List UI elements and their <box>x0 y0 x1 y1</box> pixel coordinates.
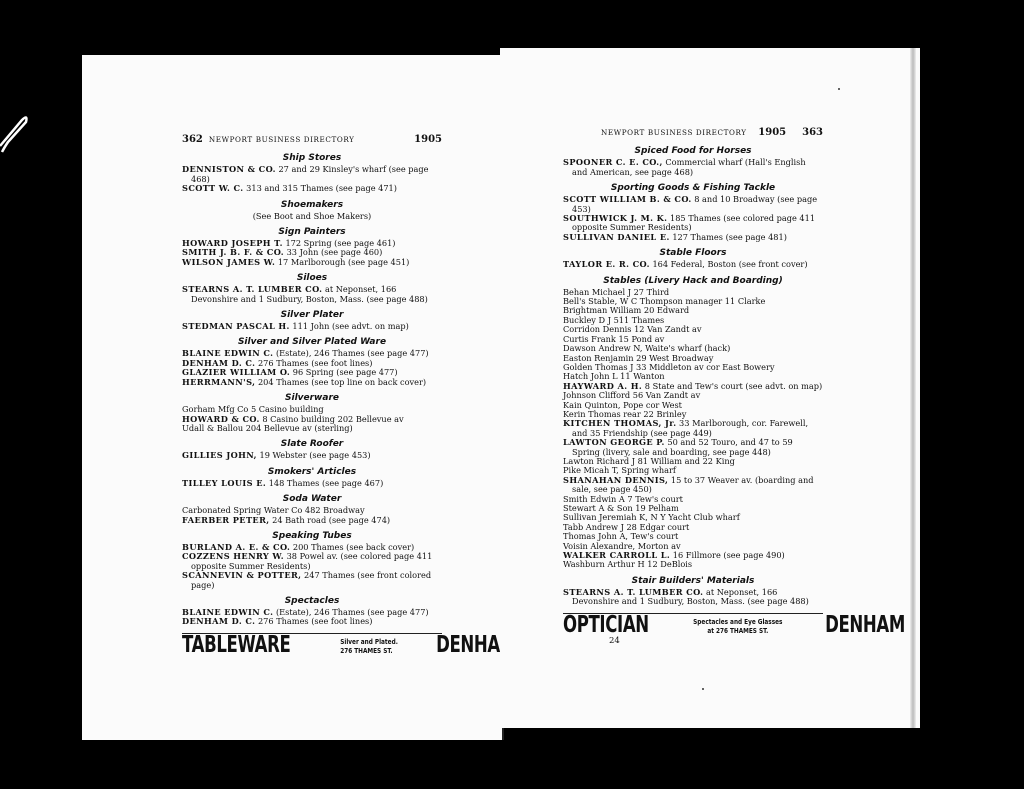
year: 1905 <box>414 135 442 144</box>
directory-section: Spiced Food for HorsesSPOONER C. E. CO.,… <box>563 146 823 177</box>
directory-entry: SCANNEVIN & POTTER, 247 Thames (see fron… <box>182 571 442 590</box>
directory-section: Shoemakers(See Boot and Shoe Makers) <box>182 200 442 221</box>
section-heading: Sign Painters <box>182 227 442 238</box>
section-heading: Silver and Silver Plated Ware <box>182 337 442 348</box>
directory-entry: DENNISTON & CO. 27 and 29 Kinsley's whar… <box>182 165 442 184</box>
directory-section: Silver PlaterSTEDMAN PASCAL H. 111 John … <box>182 310 442 331</box>
directory-entry: TILLEY LOUIS E. 148 Thames (see page 467… <box>182 479 442 488</box>
right-page: NEWPORT BUSINESS DIRECTORY 1905 363 Spic… <box>500 48 920 728</box>
directory-section: Speaking TubesBURLAND A. E. & CO. 200 Th… <box>182 531 442 590</box>
section-heading: Silverware <box>182 393 442 404</box>
left-page-content: 362 NEWPORT BUSINESS DIRECTORY 1905 Ship… <box>182 135 442 655</box>
signature-mark: 24 <box>609 637 823 646</box>
section-heading: Slate Roofer <box>182 439 442 450</box>
entry-details: 17 Marlborough (see page 451) <box>275 257 409 267</box>
directory-entry: HERRMANN'S, 204 Thames (see top line on … <box>182 378 442 387</box>
entry-name: GILLIES JOHN, <box>182 450 257 460</box>
directory-entry: WILSON JAMES W. 17 Marlborough (see page… <box>182 258 442 267</box>
section-heading: Sporting Goods & Fishing Tackle <box>563 183 823 194</box>
entry-details: 19 Webster (see page 453) <box>257 450 371 460</box>
running-head: 362 NEWPORT BUSINESS DIRECTORY 1905 <box>182 135 442 144</box>
page-number: 363 <box>802 128 823 137</box>
entry-name: WILSON JAMES W. <box>182 257 275 267</box>
paper-speck <box>838 88 840 90</box>
directory-section: Silver and Silver Plated WareBLAINE EDWI… <box>182 337 442 387</box>
entry-name: FAERBER PETER, <box>182 515 270 525</box>
directory-entry: STEDMAN PASCAL H. 111 John (see advt. on… <box>182 322 442 331</box>
section-heading: Spiced Food for Horses <box>563 146 823 157</box>
directory-sections: Spiced Food for HorsesSPOONER C. E. CO.,… <box>563 146 823 606</box>
directory-entry: SOUTHWICK J. M. K. 185 Thames (see color… <box>563 214 823 233</box>
directory-section: SilverwareGorham Mfg Co 5 Casino buildin… <box>182 393 442 433</box>
running-title: NEWPORT BUSINESS DIRECTORY <box>209 135 355 144</box>
section-heading: Stable Floors <box>563 248 823 259</box>
section-heading: Stair Builders' Materials <box>563 576 823 587</box>
entry-details: 24 Bath road (see page 474) <box>270 515 391 525</box>
entry-name: SCOTT W. C. <box>182 183 244 193</box>
directory-entry: LAWTON GEORGE P. 50 and 52 Touro, and 47… <box>563 438 823 457</box>
ad-headline: OPTICIAN <box>563 621 649 630</box>
ad-subtext-line2: at 276 THAMES ST. <box>707 626 768 635</box>
entry-name: HERRMANN'S, <box>182 377 255 387</box>
directory-sections: Ship StoresDENNISTON & CO. 27 and 29 Kin… <box>182 153 442 626</box>
footer-advertisement: OPTICIAN Spectacles and Eye Glasses at 2… <box>563 617 823 635</box>
section-heading: Shoemakers <box>182 200 442 211</box>
section-note: (See Boot and Shoe Makers) <box>182 212 442 221</box>
entry-name: TAYLOR E. R. CO. <box>563 259 650 269</box>
ad-subtext-line1: Silver and Plated. <box>340 637 398 646</box>
directory-section: Sporting Goods & Fishing TackleSCOTT WIL… <box>563 183 823 242</box>
ad-subtext: Silver and Plated. 276 THAMES ST. <box>340 637 398 655</box>
scanner-artifact-mark <box>0 108 30 158</box>
directory-section: SpectaclesBLAINE EDWIN C. (Estate), 246 … <box>182 596 442 627</box>
ad-brand: DENHAM <box>825 621 905 630</box>
directory-section: Smokers' ArticlesTILLEY LOUIS E. 148 Tha… <box>182 467 442 488</box>
directory-entry: Udall & Ballou 204 Bellevue av (sterling… <box>182 424 442 433</box>
section-heading: Silver Plater <box>182 310 442 321</box>
directory-section: Sign PaintersHOWARD JOSEPH T. 172 Spring… <box>182 227 442 267</box>
left-page: 362 NEWPORT BUSINESS DIRECTORY 1905 Ship… <box>82 55 504 740</box>
entry-details: Udall & Ballou 204 Bellevue av (sterling… <box>182 423 353 433</box>
section-heading: Smokers' Articles <box>182 467 442 478</box>
section-heading: Soda Water <box>182 494 442 505</box>
directory-entry: FAERBER PETER, 24 Bath road (see page 47… <box>182 516 442 525</box>
right-page-content: NEWPORT BUSINESS DIRECTORY 1905 363 Spic… <box>563 128 823 646</box>
ad-headline: TABLEWARE <box>182 641 290 650</box>
directory-entry: TAYLOR E. R. CO. 164 Federal, Boston (se… <box>563 260 823 269</box>
section-heading: Ship Stores <box>182 153 442 164</box>
footer-advertisement: TABLEWARE Silver and Plated. 276 THAMES … <box>182 637 442 655</box>
entry-details: 313 and 315 Thames (see page 471) <box>244 183 397 193</box>
directory-section: Slate RooferGILLIES JOHN, 19 Webster (se… <box>182 439 442 460</box>
entry-details: 276 Thames (see foot lines) <box>255 616 372 626</box>
entry-details: 111 John (see advt. on map) <box>290 321 409 331</box>
directory-section: Stable FloorsTAYLOR E. R. CO. 164 Federa… <box>563 248 823 269</box>
entry-details: 127 Thames (see page 481) <box>670 232 787 242</box>
directory-entry: GILLIES JOHN, 19 Webster (see page 453) <box>182 451 442 460</box>
directory-entry: DENHAM D. C. 276 Thames (see foot lines) <box>182 617 442 626</box>
entry-name: STEDMAN PASCAL H. <box>182 321 290 331</box>
entry-name: TILLEY LOUIS E. <box>182 478 266 488</box>
ad-subtext: Spectacles and Eye Glasses at 276 THAMES… <box>693 617 782 635</box>
ad-subtext-line1: Spectacles and Eye Glasses <box>693 617 782 626</box>
directory-entry: SCOTT WILLIAM B. & CO. 8 and 10 Broadway… <box>563 195 823 214</box>
section-heading: Speaking Tubes <box>182 531 442 542</box>
paper-speck <box>702 688 704 690</box>
directory-entry: COZZENS HENRY W. 38 Powel av. (see color… <box>182 552 442 571</box>
section-heading: Stables (Livery Hack and Boarding) <box>563 276 823 287</box>
entry-name: DENHAM D. C. <box>182 616 255 626</box>
directory-entry: SPOONER C. E. CO., Commercial wharf (Hal… <box>563 158 823 177</box>
directory-section: Stables (Livery Hack and Boarding)Behan … <box>563 276 823 570</box>
directory-entry: SHANAHAN DENNIS, 15 to 37 Weaver av. (bo… <box>563 476 823 495</box>
directory-entry: SCOTT W. C. 313 and 315 Thames (see page… <box>182 184 442 193</box>
entry-name: SULLIVAN DANIEL E. <box>563 232 670 242</box>
year: 1905 <box>758 128 786 137</box>
directory-section: SiloesSTEARNS A. T. LUMBER CO. at Nepons… <box>182 273 442 304</box>
directory-entry: STEARNS A. T. LUMBER CO. at Neponset, 16… <box>563 588 823 607</box>
section-heading: Spectacles <box>182 596 442 607</box>
entry-details: 148 Thames (see page 467) <box>266 478 383 488</box>
directory-entry: SULLIVAN DANIEL E. 127 Thames (see page … <box>563 233 823 242</box>
section-heading: Siloes <box>182 273 442 284</box>
running-title: NEWPORT BUSINESS DIRECTORY <box>601 128 747 137</box>
entry-details: Washburn Arthur H 12 DeBlois <box>563 559 692 569</box>
directory-entry: STEARNS A. T. LUMBER CO. at Neponset, 16… <box>182 285 442 304</box>
directory-section: Ship StoresDENNISTON & CO. 27 and 29 Kin… <box>182 153 442 193</box>
entry-details: 204 Thames (see top line on back cover) <box>255 377 426 387</box>
directory-section: Soda WaterCarbonated Spring Water Co 482… <box>182 494 442 525</box>
directory-entry: KITCHEN THOMAS, Jr. 33 Marlborough, cor.… <box>563 419 823 438</box>
running-head: NEWPORT BUSINESS DIRECTORY 1905 363 <box>563 128 823 137</box>
directory-entry: Washburn Arthur H 12 DeBlois <box>563 560 823 569</box>
page-number: 362 <box>182 135 203 144</box>
entry-details: 164 Federal, Boston (see front cover) <box>650 259 808 269</box>
ad-subtext-line2: 276 THAMES ST. <box>340 646 392 655</box>
directory-section: Stair Builders' MaterialsSTEARNS A. T. L… <box>563 576 823 607</box>
